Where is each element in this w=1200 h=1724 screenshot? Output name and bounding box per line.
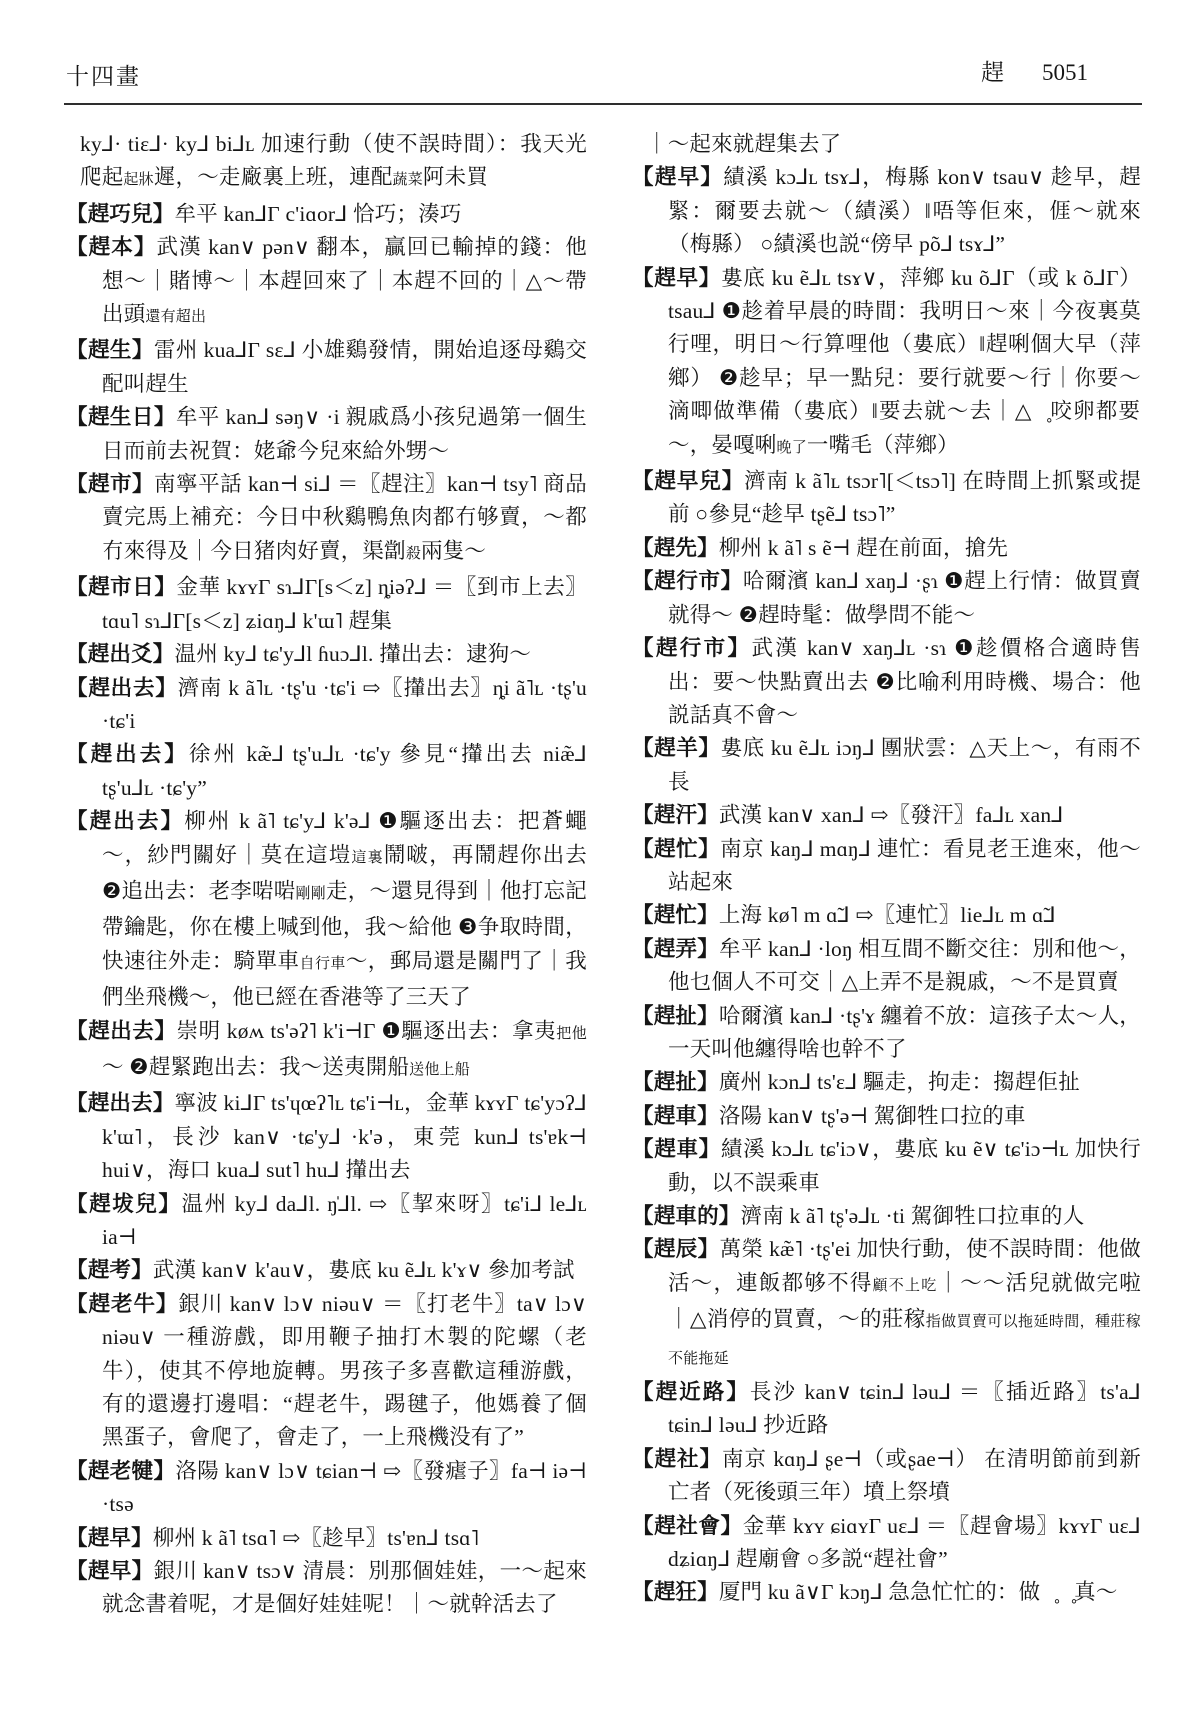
dict-entry: 【趕老牛】銀川 kan∨ lɔ∨ niəu∨ ＝〖打老牛〗ta∨ lɔ∨ niə… [66,1288,587,1455]
entry-headword: 【趕忙】 [632,903,719,927]
entry-body-text: 婁底 ku ẽ⅃ʟ iɔŋ⅃ 團狀雲：△天上～，有雨不長 [668,736,1141,793]
entry-headword: 【趕早兒】 [632,469,744,493]
dict-entry: ｜～起來就趕集去了 [632,128,1141,161]
entry-gloss-small: 自行車 [300,956,346,972]
entry-headword: 【趕生日】 [66,405,176,429]
entry-headword: 【趕近路】 [632,1380,750,1404]
entry-body-text: 南寧平話 kan⊣ si⅃ ＝〖趕注〗kan⊣ tsy˥ 商品賣完馬上補充：今日… [102,472,587,563]
dict-entry: 【趕早】柳州 k ã˥ tsɑ˥ ⇨〖趁早〗ts'ɐn⅃ tsɑ˥ [66,1522,587,1555]
entry-headword: 【趕汗】 [632,803,719,827]
entry-headword: 【趕弄】 [632,937,719,961]
entry-headword: 【趕市日】 [66,575,176,599]
running-head: 趕5051 [981,54,1088,87]
entry-headword: 【趕車】 [632,1104,719,1128]
dict-entry: 【趕出去】崇明 køʍ ts'əʔ˥ k'i⊣Γ ❶驅逐出去：拿夷把他～ ❷趕緊… [66,1015,587,1088]
entry-headword: 【趕出去】 [66,1091,175,1115]
entry-headword: 【趕市】 [66,472,154,496]
dict-entry: 【趕羊】婁底 ku ẽ⅃ʟ iɔŋ⅃ 團狀雲：△天上～，有雨不長 [632,732,1141,799]
entry-headword: 【趕出爻】 [66,642,175,666]
dict-entry: 【趕出爻】温州 ky⅃ tɕ'y⅃l ɦuɔ⅃l. 攆出去：逮狗～ [66,638,587,671]
entry-body-text: 上海 kø˥ m ɑ̃⅃ ⇨〖連忙〗lie⅃ʟ m ɑ̃⅃ [719,903,1056,927]
entry-headword: 【趕車的】 [632,1204,741,1228]
entry-headword: 【趕本】 [66,235,157,259]
dict-entry: 【趕扯】廣州 kɔn⅃ ts'ɛ⅃ 驅走，拘走：搊趕佢扯 [632,1066,1141,1099]
entry-body-text: 柳州 k ã˥ tsɑ˥ ⇨〖趁早〗ts'ɐn⅃ tsɑ˥ [153,1526,479,1550]
dict-entry: 【趕出去】寧波 ki⅃Γ ts'ɥœʔ˥ʟ tɕ'i⊣ʟ，金華 kɤʏΓ tɕ'… [66,1087,587,1187]
entry-body-text: ｜～起來就趕集去了 [646,132,841,156]
entry-body-text: 南京 kɑŋ⅃ ʂe⊣（或ʂae⊣） 在清明節前到新亡者（死後頭三年）墳上祭墳 [668,1447,1141,1504]
entry-body-text: 厦門 ku ã∨Γ kɔŋ⅃ 急急忙忙的：做代̥志̥真～ [719,1580,1118,1604]
dictionary-page: 十四畫 趕5051 ky⅃· tiɛ⅃· ky⅃ bi⅃ʟ 加速行動（使不誤時間… [0,0,1200,1724]
dict-entry: 【趕出去】濟南 k ã˥ʟ ·tʂ'u ·tɕ'i ⇨〖攆出去〗ȵi ã˥ʟ ·… [66,672,587,739]
entry-body-text: 牟平 kan⅃ ·loŋ 相互間不斷交往：別和他～，他乜個人不可交｜△上弄不是親… [668,937,1141,994]
dict-entry: 【趕弄】牟平 kan⅃ ·loŋ 相互間不斷交往：別和他～，他乜個人不可交｜△上… [632,933,1141,1000]
entry-headword: 【趕早】 [632,266,721,290]
entry-headword: 【趕出去】 [66,809,184,833]
dict-entry: 【趕早】銀川 kan∨ tsɔ∨ 清晨：別那個娃娃，一～起來就念書着呢，才是個好… [66,1555,587,1622]
dict-entry: 【趕忙】南京 kaŋ⅃ mɑŋ⅃ 連忙：看見老王進來，他～站起來 [632,833,1141,900]
entry-headword: 【趕行市】 [632,636,751,660]
entry-headword: 【趕出去】 [66,676,178,700]
entry-gloss-small: 顧不上吃 [873,1278,938,1294]
dict-entry: 【趕行市】哈爾濱 kan⅃ xaŋ⅃ ·ʂɿ ❶趕上行情：做買賣就得～ ❷趕時髦… [632,565,1141,632]
dict-entry: 【趕出去】徐州 kæ̃⅃ tʂ'u⅃ʟ ·tɕ'y 參見“攆出去 niæ̃⅃ t… [66,738,587,805]
entry-gloss-small: 起牀 [123,172,153,188]
dict-entry: 【趕近路】長沙 kan∨ tɕin⅃ ləu⅃ ＝〖插近路〗ts'a⅃ tɕin… [632,1376,1141,1443]
dict-entry: 【趕忙】上海 kø˥ m ɑ̃⅃ ⇨〖連忙〗lie⅃ʟ m ɑ̃⅃ [632,899,1141,932]
entry-headword: 【趕車】 [632,1137,721,1161]
column-right: ｜～起來就趕集去了【趕早】績溪 kɔ⅃ʟ tsɤ⅃，梅縣 kon∨ tsau∨ … [632,128,1141,1610]
entry-body-text: 哈爾濱 kan⅃ ·tʂ'ɤ 纏着不放：這孩子太～人，一天叫他纏得啥也幹不了 [668,1004,1141,1061]
dict-entry: 【趕汗】武漢 kan∨ xan⅃ ⇨〖發汗〗fa⅃ʟ xan⅃ [632,799,1141,832]
entry-headword: 【趕考】 [66,1258,153,1282]
entry-headword: 【趕早】 [632,165,723,189]
entry-gloss-small: 蔬菜 [393,172,423,188]
entry-gloss-small: 把他 [556,1026,587,1042]
entry-headword: 【趕坺兒】 [66,1192,182,1216]
dict-entry: 【趕行市】武漢 kan∨ xaŋ⅃ʟ ·sɿ ❶趁價格合適時售出：要～快點賣出去… [632,632,1141,732]
dict-entry: 【趕早兒】濟南 k ã˥ʟ tsɔr˥[＜tsɔ˥] 在時間上抓緊或提前 ○參見… [632,465,1141,532]
dict-entry: 【趕市】南寧平話 kan⊣ si⅃ ＝〖趕注〗kan⊣ tsy˥ 商品賣完馬上補… [66,468,587,571]
entry-headword: 【趕早】 [66,1559,154,1583]
entry-gloss-small: 送他上船 [409,1062,470,1078]
entry-headword: 【趕扯】 [632,1070,719,1094]
dict-entry: 【趕社會】金華 kɤʏ ɕiɑʏΓ uɛ⅃ ＝〖趕會場〗kɤʏΓ uɛ⅃ dʑi… [632,1510,1141,1577]
entry-body-text: 武漢 kan∨ k'au∨，婁底 ku ẽ⅃ʟ k'ɤ∨ 參加考試 [153,1258,575,1282]
entry-body-text: 阿未買 [423,165,488,189]
dict-entry: 【趕早】績溪 kɔ⅃ʟ tsɤ⅃，梅縣 kon∨ tsau∨ 趁早，趕緊：爾要去… [632,161,1141,261]
entry-headword: 【趕老牛】 [66,1292,178,1316]
entry-headword: 【趕社會】 [632,1514,743,1538]
dict-entry: 【趕扯】哈爾濱 kan⅃ ·tʂ'ɤ 纏着不放：這孩子太～人，一天叫他纏得啥也幹… [632,1000,1141,1067]
dict-entry: 【趕市日】金華 kɤʏΓ sɿ⅃Γ[s＜z] ȵiəʔ⅃ ＝〖到市上去〗tɑu˥… [66,571,587,638]
entry-gloss-small: 殺 [406,546,421,562]
entry-body-text: 婁底 ku ẽ⅃ʟ tsɤ∨，萍鄉 ku õ⅃Γ（或 k õ⅃Γ）tsau⅃ ❶… [668,266,1141,457]
dict-entry: 【趕車的】濟南 k ã˥ tʂ'ə⅃ʟ ·ti 駕御牲口拉車的人 [632,1200,1141,1233]
entry-body-text: 銀川 kan∨ tsɔ∨ 清晨：別那個娃娃，一～起來就念書着呢，才是個好娃娃呢！… [102,1559,587,1616]
entry-body-text: ～ ❷趕緊跑出去：我～送夷開船 [102,1055,409,1079]
entry-headword: 【趕出去】 [66,1019,177,1043]
dict-entry: 【趕社】南京 kɑŋ⅃ ʂe⊣（或ʂae⊣） 在清明節前到新亡者（死後頭三年）墳… [632,1443,1141,1510]
running-headword: 趕 [981,60,1004,85]
entry-body-text: 廣州 kɔn⅃ ts'ɛ⅃ 驅走，拘走：搊趕佢扯 [719,1070,1080,1094]
entry-body-text: 雷州 kua⅃Γ sɛ⅃ 小雄鷄發情，開始追逐母鷄交配叫趕生 [102,338,587,395]
entry-body-text: 遲，～走廠裏上班，連配 [154,165,393,189]
dict-entry: 【趕生】雷州 kua⅃Γ sɛ⅃ 小雄鷄發情，開始追逐母鷄交配叫趕生 [66,334,587,401]
entry-headword: 【趕狂】 [632,1580,719,1604]
entry-body-text: 濟南 k ã˥ tʂ'ə⅃ʟ ·ti 駕御牲口拉車的人 [741,1204,1085,1228]
dict-entry: 【趕出去】柳州 k ã˥ tɕ'y⅃ k'ə⅃ ❶驅逐出去：把蒼蠅～，紗門關好｜… [66,805,587,1014]
entry-body-text: 柳州 k ã˥ s ẽ⊣ 趕在前面，搶先 [719,536,1008,560]
header-divider-rule [64,103,1142,105]
dict-entry: 【趕狂】厦門 ku ã∨Γ kɔŋ⅃ 急急忙忙的：做代̥志̥真～ [632,1576,1141,1609]
entry-body-text: 績溪 kɔ⅃ʟ tsɤ⅃，梅縣 kon∨ tsau∨ 趁早，趕緊：爾要去就～（績… [668,165,1141,256]
section-label: 十四畫 [66,58,141,91]
entry-headword: 【趕羊】 [632,736,721,760]
dict-entry: 【趕巧兒】牟平 kan⅃Γ c'iɑor⅃ 恰巧；湊巧 [66,198,587,231]
entry-headword: 【趕忙】 [632,837,720,861]
dict-entry: 【趕辰】萬榮 kæ̃˥ ·tʂ'ei 加快行動，使不誤時間：他做活～，連飯都够不… [632,1233,1141,1376]
entry-headword: 【趕行市】 [632,569,743,593]
entry-headword: 【趕巧兒】 [66,202,175,226]
entry-body-text: 崇明 køʍ ts'əʔ˥ k'i⊣Γ ❶驅逐出去：拿夷 [177,1019,557,1043]
dict-entry: 【趕早】婁底 ku ẽ⅃ʟ tsɤ∨，萍鄉 ku õ⅃Γ（或 k õ⅃Γ）tsa… [632,262,1141,465]
entry-body-text: 武漢 kan∨ xan⅃ ⇨〖發汗〗fa⅃ʟ xan⅃ [719,803,1064,827]
entry-body-text: 一嘴毛（萍鄉） [807,433,959,457]
dict-entry: 【趕車】績溪 kɔ⅃ʟ tɕ'iɔ∨，婁底 ku ẽ∨ tɕ'iɔ⊣ʟ 加快行動… [632,1133,1141,1200]
entry-headword: 【趕老犍】 [66,1459,175,1483]
entry-headword: 【趕扯】 [632,1004,719,1028]
entry-body-text: 績溪 kɔ⅃ʟ tɕ'iɔ∨，婁底 ku ẽ∨ tɕ'iɔ⊣ʟ 加快行動，以不誤… [668,1137,1141,1194]
entry-body-text: 温州 ky⅃ tɕ'y⅃l ɦuɔ⅃l. 攆出去：逮狗～ [175,642,532,666]
dict-entry: 【趕車】洛陽 kan∨ tʂ'ə⊣ 駕御牲口拉的車 [632,1100,1141,1133]
dict-entry: 【趕老犍】洛陽 kan∨ lɔ∨ tɕian⊣ ⇨〖發瘧子〗fa⊣ iə⊣ ·t… [66,1455,587,1522]
page-number: 5051 [1042,60,1088,85]
dict-entry: 【趕生日】牟平 kan⅃ səŋ∨ ·i 親戚爲小孩兒過第一個生日而前去祝賀：姥… [66,401,587,468]
entry-body-text: 洛陽 kan∨ lɔ∨ tɕian⊣ ⇨〖發瘧子〗fa⊣ iə⊣ ·tsə [102,1459,587,1516]
dict-entry: 【趕坺兒】温州 ky⅃ da⅃l. ŋ̍⅃l. ⇨〖挈來呀〗tɕ'i⅃ le⅃ʟ… [66,1188,587,1255]
entry-headword: 【趕辰】 [632,1237,720,1261]
entry-body-text: 牟平 kan⅃Γ c'iɑor⅃ 恰巧；湊巧 [175,202,462,226]
dict-entry: 【趕本】武漢 kan∨ pən∨ 翻本，贏回已輸掉的錢：他想～｜賭博～｜本趕回來… [66,231,587,334]
entry-headword: 【趕出去】 [66,742,189,766]
dict-entry: 【趕先】柳州 k ã˥ s ẽ⊣ 趕在前面，搶先 [632,532,1141,565]
entry-headword: 【趕先】 [632,536,719,560]
entry-body-text: 洛陽 kan∨ tʂ'ə⊣ 駕御牲口拉的車 [719,1104,1026,1128]
entry-gloss-small: 晚了 [777,440,807,456]
dict-entry: ky⅃· tiɛ⅃· ky⅃ bi⅃ʟ 加速行動（使不誤時間）：我天光爬起起牀遲… [66,128,587,198]
dict-entry: 【趕考】武漢 kan∨ k'au∨，婁底 ku ẽ⅃ʟ k'ɤ∨ 參加考試 [66,1254,587,1287]
entry-headword: 【趕生】 [66,338,154,362]
entry-body-text: 南京 kaŋ⅃ mɑŋ⅃ 連忙：看見老王進來，他～站起來 [668,837,1141,894]
entry-headword: 【趕早】 [66,1526,153,1550]
entry-gloss-small: 剛剛 [296,886,327,902]
entry-body-text: 寧波 ki⅃Γ ts'ɥœʔ˥ʟ tɕ'i⊣ʟ，金華 kɤʏΓ tɕ'yɔʔ⅃ … [102,1091,587,1182]
entry-gloss-small: 還有超出 [145,309,206,325]
column-left: ky⅃· tiɛ⅃· ky⅃ bi⅃ʟ 加速行動（使不誤時間）：我天光爬起起牀遲… [66,128,587,1622]
entry-gloss-small: 這裏 [351,850,383,866]
entry-body-text: 兩隻～ [421,539,486,563]
entry-headword: 【趕社】 [632,1447,722,1471]
